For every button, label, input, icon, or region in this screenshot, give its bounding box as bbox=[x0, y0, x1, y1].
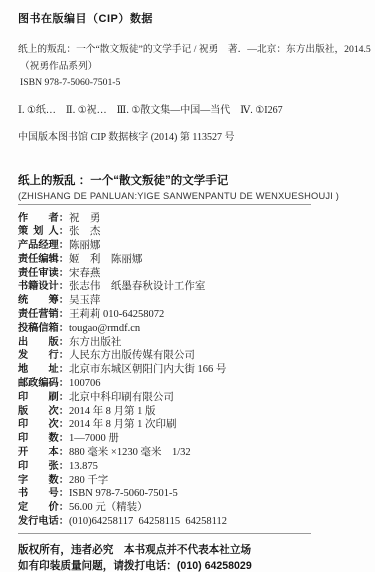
footer-divider bbox=[18, 533, 311, 534]
colophon-row: 邮政编码：100706 bbox=[18, 377, 361, 391]
colophon-label: 印 数： bbox=[18, 432, 69, 446]
colophon-value: 祝 勇 bbox=[69, 213, 101, 224]
colophon-value: 100706 bbox=[69, 378, 101, 389]
colophon-value: 2014 年 8 月第 1 版 bbox=[69, 406, 156, 417]
colophon-row: 产品经理：陈丽娜 bbox=[18, 239, 361, 253]
colophon-label: 印 刷： bbox=[18, 391, 69, 405]
colophon-value: 陈丽娜 bbox=[69, 240, 101, 251]
colophon-value: tougao@rmdf.cn bbox=[69, 323, 140, 334]
colophon-row: 责任编辑：姬 利 陈丽娜 bbox=[18, 253, 361, 267]
colophon-value: 北京市东城区朝阳门内大街 166 号 bbox=[69, 364, 227, 375]
colophon-label: 邮政编码： bbox=[18, 377, 69, 391]
colophon-row: 责任审读：宋春燕 bbox=[18, 267, 361, 281]
cip-record-number: 中国版本图书馆 CIP 数据核字 (2014) 第 113527 号 bbox=[18, 128, 361, 143]
colophon-label: 作 者： bbox=[18, 212, 69, 226]
colophon-label: 地 址： bbox=[18, 363, 69, 377]
colophon-row: 责任营销：王莉莉 010-64258072 bbox=[18, 308, 361, 322]
copyright-page: 图书在版编目（CIP）数据 纸上的叛乱：一个“散文叛徒”的文学手记 / 祝勇 著… bbox=[0, 0, 375, 572]
colophon-row: 统 筹：吴玉萍 bbox=[18, 294, 361, 308]
quality-hotline: 如有印装质量问题，请拨打电话：(010) 64258029 bbox=[18, 558, 361, 572]
colophon-row: 印 次：2014 年 8 月第 1 次印刷 bbox=[18, 418, 361, 432]
colophon-value: 13.875 bbox=[69, 461, 98, 472]
colophon-label: 版 次： bbox=[18, 405, 69, 419]
colophon-value: 1—7000 册 bbox=[69, 433, 119, 444]
colophon-row: 字 数：280 千字 bbox=[18, 474, 361, 488]
colophon-value: (010)64258117 64258115 64258112 bbox=[69, 516, 227, 527]
colophon-label: 策 划 人： bbox=[18, 225, 69, 239]
colophon-label: 责任营销： bbox=[18, 308, 69, 322]
colophon-row: 版 次：2014 年 8 月第 1 版 bbox=[18, 405, 361, 419]
cip-description-line: 纸上的叛乱：一个“散文叛徒”的文学手记 / 祝勇 著．—北京：东方出版社，201… bbox=[18, 42, 361, 59]
colophon-value: 王莉莉 010-64258072 bbox=[69, 309, 164, 320]
colophon-row: 出 版：东方出版社 bbox=[18, 336, 361, 350]
colophon-label: 发 行： bbox=[18, 349, 69, 363]
colophon-row: 发行电话：(010)64258117 64258115 64258112 bbox=[18, 515, 361, 529]
colophon-value: 宋春燕 bbox=[69, 268, 101, 279]
title-divider bbox=[18, 204, 311, 205]
colophon-row: 发 行：人民东方出版传媒有限公司 bbox=[18, 349, 361, 363]
colophon-row: 印 刷：北京中科印刷有限公司 bbox=[18, 391, 361, 405]
colophon-label: 书 号： bbox=[18, 487, 69, 501]
series-line: （祝勇作品系列） bbox=[18, 59, 361, 76]
colophon-label: 字 数： bbox=[18, 474, 69, 488]
colophon-label: 统 筹： bbox=[18, 294, 69, 308]
colophon-value: 北京中科印刷有限公司 bbox=[69, 392, 174, 403]
cip-header: 图书在版编目（CIP）数据 bbox=[18, 10, 361, 26]
colophon-label: 产品经理： bbox=[18, 239, 69, 253]
colophon-label: 定 价： bbox=[18, 501, 69, 515]
colophon-value: 东方出版社 bbox=[69, 337, 122, 348]
colophon-value: 56.00 元（精装） bbox=[69, 502, 148, 513]
colophon-label: 书籍设计： bbox=[18, 280, 69, 294]
colophon-row: 地 址：北京市东城区朝阳门内大街 166 号 bbox=[18, 363, 361, 377]
colophon-value: 880 毫米 ×1230 毫米 1/32 bbox=[69, 447, 191, 458]
footer-notices: 版权所有，违者必究 本书观点并不代表本社立场 如有印装质量问题，请拨打电话：(0… bbox=[18, 542, 361, 572]
colophon-row: 书籍设计：张志伟 纸墨春秋设计工作室 bbox=[18, 280, 361, 294]
colophon-label: 开 本： bbox=[18, 446, 69, 460]
colophon-label: 印 次： bbox=[18, 418, 69, 432]
book-title-pinyin: (ZHISHANG DE PANLUAN:YIGE SANWENPANTU DE… bbox=[18, 191, 361, 201]
copyright-notice: 版权所有，违者必究 本书观点并不代表本社立场 bbox=[18, 542, 361, 559]
colophon-row: 策 划 人：张 杰 bbox=[18, 225, 361, 239]
colophon-label: 责任审读： bbox=[18, 267, 69, 281]
colophon-value: 张志伟 纸墨春秋设计工作室 bbox=[69, 281, 206, 292]
colophon-row: 书 号：ISBN 978-7-5060-7501-5 bbox=[18, 487, 361, 501]
isbn-line: ISBN 978-7-5060-7501-5 bbox=[18, 75, 361, 92]
colophon-label: 责任编辑： bbox=[18, 253, 69, 267]
colophon-label: 印 张： bbox=[18, 460, 69, 474]
colophon-value: 吴玉萍 bbox=[69, 295, 101, 306]
cip-classification: Ⅰ. ①纸… Ⅱ. ①祝… Ⅲ. ①散文集—中国—当代 Ⅳ. ①I267 bbox=[18, 101, 361, 116]
colophon-value: 2014 年 8 月第 1 次印刷 bbox=[69, 419, 177, 430]
colophon-label: 投稿信箱： bbox=[18, 322, 69, 336]
colophon-row: 定 价：56.00 元（精装） bbox=[18, 501, 361, 515]
colophon-row: 投稿信箱：tougao@rmdf.cn bbox=[18, 322, 361, 336]
cip-block: 纸上的叛乱：一个“散文叛徒”的文学手记 / 祝勇 著．—北京：东方出版社，201… bbox=[18, 42, 361, 92]
colophon-value: 张 杰 bbox=[69, 226, 101, 237]
colophon-value: 姬 利 陈丽娜 bbox=[69, 254, 143, 265]
book-title: 纸上的叛乱 ：一个“散文叛徒”的文学手记 bbox=[18, 172, 361, 188]
colophon: 作 者：祝 勇 策 划 人：张 杰 产品经理：陈丽娜 责任编辑：姬 利 陈丽娜 … bbox=[18, 212, 361, 529]
colophon-row: 作 者：祝 勇 bbox=[18, 212, 361, 226]
colophon-row: 开 本：880 毫米 ×1230 毫米 1/32 bbox=[18, 446, 361, 460]
colophon-row: 印 张：13.875 bbox=[18, 460, 361, 474]
colophon-value: 280 千字 bbox=[69, 475, 108, 486]
colophon-value: 人民东方出版传媒有限公司 bbox=[69, 350, 195, 361]
colophon-label: 出 版： bbox=[18, 336, 69, 350]
colophon-value: ISBN 978-7-5060-7501-5 bbox=[69, 488, 178, 499]
colophon-row: 印 数：1—7000 册 bbox=[18, 432, 361, 446]
colophon-label: 发行电话： bbox=[18, 515, 69, 529]
